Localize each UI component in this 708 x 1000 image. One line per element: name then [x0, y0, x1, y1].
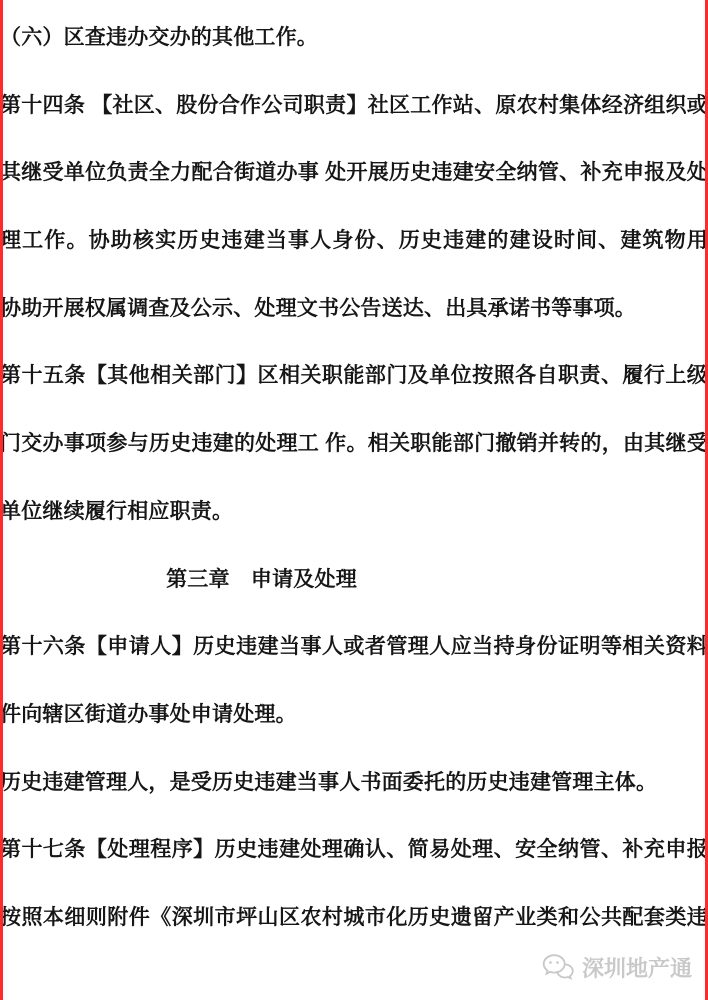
text-line: 第十五条【其他相关部门】区相关职能部门及单位按照各自职责、履行上级部	[0, 342, 708, 410]
text-line: 件向辖区街道办事处申请处理。	[0, 681, 708, 749]
chapter-heading: 第三章 申请及处理	[0, 546, 708, 614]
article-page: （六）区查违办交办的其他工作。 第十四条 【社区、股份合作公司职责】社区工作站、…	[0, 0, 708, 1000]
wechat-icon	[541, 953, 575, 981]
text-line: 第十四条 【社区、股份合作公司职责】社区工作站、原农村集体经济组织或	[0, 72, 708, 140]
article-body: （六）区查违办交办的其他工作。 第十四条 【社区、股份合作公司职责】社区工作站、…	[0, 0, 708, 952]
text-line: 第十六条【申请人】历史违建当事人或者管理人应当持身份证明等相关资料文	[0, 613, 708, 681]
text-line: （六）区查违办交办的其他工作。	[0, 4, 708, 72]
watermark: 深圳地产通	[541, 949, 692, 985]
watermark-text: 深圳地产通	[582, 952, 692, 983]
text-line: 门交办事项参与历史违建的处理工 作。相关职能部门撤销并转的，由其继受	[0, 410, 708, 478]
text-line: 历史违建管理人，是受历史违建当事人书面委托的历史违建管理主体。	[0, 749, 708, 817]
text-line: 其继受单位负责全力配合街道办事 处开展历史违建安全纳管、补充申报及处	[0, 139, 708, 207]
text-line: 按照本细则附件《深圳市坪山区农村城市化历史遗留产业类和公共配套类违法	[0, 884, 708, 952]
text-line: 第十七条【处理程序】历史违建处理确认、简易处理、安全纳管、补充申报等	[0, 816, 708, 884]
text-line: 协助开展权属调查及公示、处理文书公告送达、出具承诺书等事项。	[0, 275, 708, 343]
text-line: 单位继续履行相应职责。	[0, 478, 708, 546]
left-red-border	[0, 0, 3, 1000]
text-line: 理工作。协助核实历史违建当事人身份、历史违建的建设时间、建筑物用途，	[0, 207, 708, 275]
